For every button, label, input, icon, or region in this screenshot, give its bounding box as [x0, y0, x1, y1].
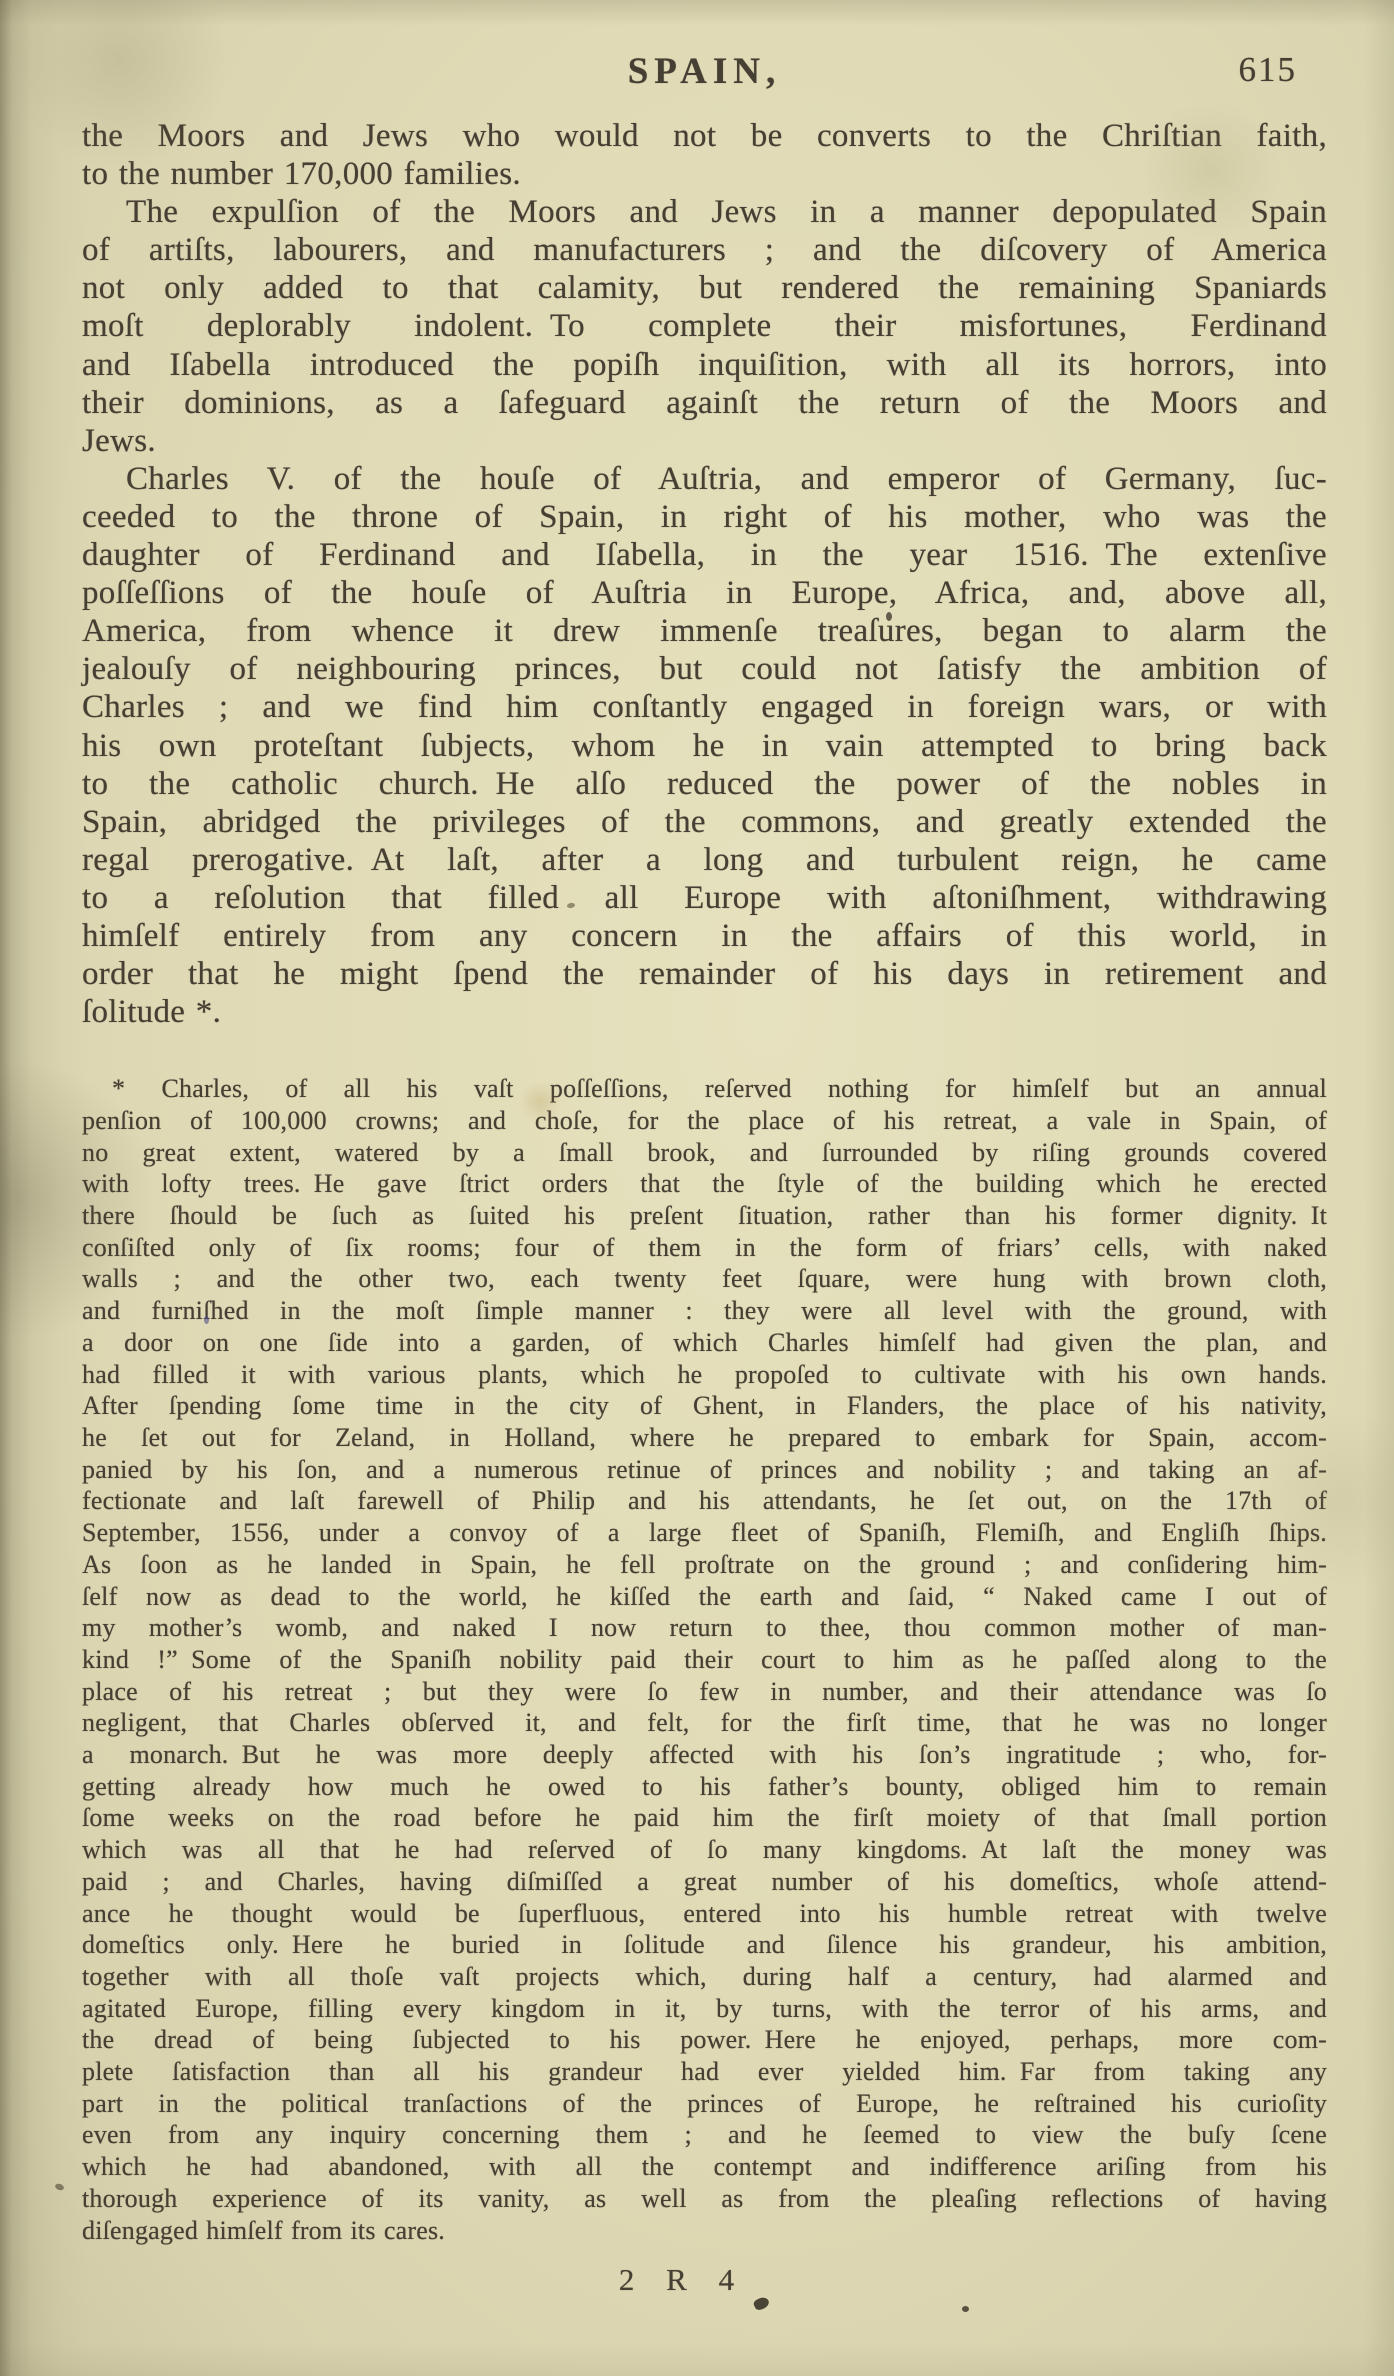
ink-speck [962, 2306, 969, 2312]
text-line: his own proteſtant ſubjects, whom he in … [82, 727, 1327, 765]
text-line: and furniſhed in the moſt ſimple manner … [82, 1295, 1327, 1327]
text-line: agitated Europe, filling every kingdom i… [82, 1993, 1327, 2025]
text-line: negligent, that Charles obſerved it, and… [82, 1707, 1327, 1739]
text-line: September, 1556, under a convoy of a lar… [82, 1517, 1327, 1549]
book-page: SPAIN, 615 the Moors and Jews who would … [0, 0, 1394, 2376]
text-line: my mother’s womb, and naked I now return… [82, 1612, 1327, 1644]
text-line: moſt deplorably indolent. To complete th… [82, 307, 1327, 345]
text-line: and Iſabella introduced the popiſh inqui… [82, 346, 1327, 384]
ink-speck [54, 2183, 65, 2192]
text-line: he ſet out for Zeland, in Holland, where… [82, 1422, 1327, 1454]
text-line: the Moors and Jews who would not be conv… [82, 117, 1327, 155]
text-line: As ſoon as he landed in Spain, he fell p… [82, 1549, 1327, 1581]
text-line: which he had abandoned, with all the con… [82, 2151, 1327, 2183]
text-line: the dread of being ſubjected to his powe… [82, 2024, 1327, 2056]
text-line: jealouſy of neighbouring princes, but co… [82, 650, 1327, 688]
text-line: diſengaged himſelf from its cares. [82, 2215, 1327, 2247]
signature-mark: 2 R 4 [60, 2262, 1305, 2298]
text-line: The expulſion of the Moors and Jews in a… [82, 193, 1327, 231]
text-line: Charles V. of the houſe of Auſtria, and … [82, 460, 1327, 498]
text-line: Spain, abridged the privileges of the co… [82, 803, 1327, 841]
page-number: 615 [1239, 50, 1298, 90]
text-line: America, from whence it drew immenſe tre… [82, 612, 1327, 650]
text-line: a door on one ſide into a garden, of whi… [82, 1327, 1327, 1359]
text-line: panied by his ſon, and a numerous retinu… [82, 1454, 1327, 1486]
text-line: to a reſolution that filled all Europe w… [82, 879, 1327, 917]
text-line: there ſhould be ſuch as ſuited his preſe… [82, 1200, 1327, 1232]
text-line: ſolitude *. [82, 993, 1327, 1031]
footnote: * Charles, of all his vaſt poſſeſſions, … [82, 1073, 1327, 2246]
text-line: ance he thought would be ſuperfluous, en… [82, 1898, 1327, 1930]
running-head-title: SPAIN, [82, 50, 1327, 93]
text-line: a monarch. But he was more deeply affect… [82, 1739, 1327, 1771]
text-line: to the number 170,000 families. [82, 155, 1327, 193]
text-line: order that he might ſpend the remainder … [82, 955, 1327, 993]
ink-speck [886, 612, 892, 621]
text-line: ceeded to the throne of Spain, in right … [82, 498, 1327, 536]
text-line: their dominions, as a ſafeguard againſt … [82, 384, 1327, 422]
text-line: walls ; and the other two, each twenty f… [82, 1263, 1327, 1295]
text-line: had filled it with various plants, which… [82, 1359, 1327, 1391]
text-line: paid ; and Charles, having diſmiſſed a g… [82, 1866, 1327, 1898]
text-line: plete ſatisfaction than all his grandeur… [82, 2056, 1327, 2088]
text-line: * Charles, of all his vaſt poſſeſſions, … [82, 1073, 1327, 1105]
text-line: domeſtics only. Here he buried in ſolitu… [82, 1929, 1327, 1961]
text-line: not only added to that calamity, but ren… [82, 269, 1327, 307]
text-line: to the catholic church. He alſo reduced … [82, 765, 1327, 803]
text-line: which was all that he had reſerved of ſo… [82, 1834, 1327, 1866]
text-line: daughter of Ferdinand and Iſabella, in t… [82, 536, 1327, 574]
text-line: ſome weeks on the road before he paid hi… [82, 1802, 1327, 1834]
text-line: getting already how much he owed to his … [82, 1771, 1327, 1803]
paragraph: the Moors and Jews who would not be conv… [82, 117, 1327, 193]
text-line: fectionate and laſt farewell of Philip a… [82, 1485, 1327, 1517]
main-text: the Moors and Jews who would not be conv… [82, 117, 1327, 1031]
running-head: SPAIN, 615 [82, 0, 1327, 90]
text-line: conſiſted only of ſix rooms; four of the… [82, 1232, 1327, 1264]
paragraph: * Charles, of all his vaſt poſſeſſions, … [82, 1073, 1327, 2246]
text-line: place of his retreat ; but they were ſo … [82, 1676, 1327, 1708]
text-line: After ſpending ſome time in the city of … [82, 1390, 1327, 1422]
text-line: even from any inquiry concerning them ; … [82, 2119, 1327, 2151]
text-line: of artiſts, labourers, and manufacturers… [82, 231, 1327, 269]
paragraph: Charles V. of the houſe of Auſtria, and … [82, 460, 1327, 1031]
text-line: ſelf now as dead to the world, he kiſſed… [82, 1581, 1327, 1613]
text-line: poſſeſſions of the houſe of Auſtria in E… [82, 574, 1327, 612]
text-line: with lofty trees. He gave ſtrict orders … [82, 1168, 1327, 1200]
text-line: Jews. [82, 422, 1327, 460]
text-line: himſelf entirely from any concern in the… [82, 917, 1327, 955]
text-line: penſion of 100,000 crowns; and choſe, fo… [82, 1105, 1327, 1137]
text-line: regal prerogative. At laſt, after a long… [82, 841, 1327, 879]
ink-speck [204, 1316, 209, 1324]
text-line: part in the political tranſactions of th… [82, 2088, 1327, 2120]
text-line: thorough experience of its vanity, as we… [82, 2183, 1327, 2215]
text-line: no great extent, watered by a ſmall broo… [82, 1137, 1327, 1169]
text-line: Charles ; and we find him conſtantly eng… [82, 688, 1327, 726]
paragraph: The expulſion of the Moors and Jews in a… [82, 193, 1327, 460]
text-line: together with all thoſe vaſt projects wh… [82, 1961, 1327, 1993]
text-line: kind !” Some of the Spaniſh nobility pai… [82, 1644, 1327, 1676]
